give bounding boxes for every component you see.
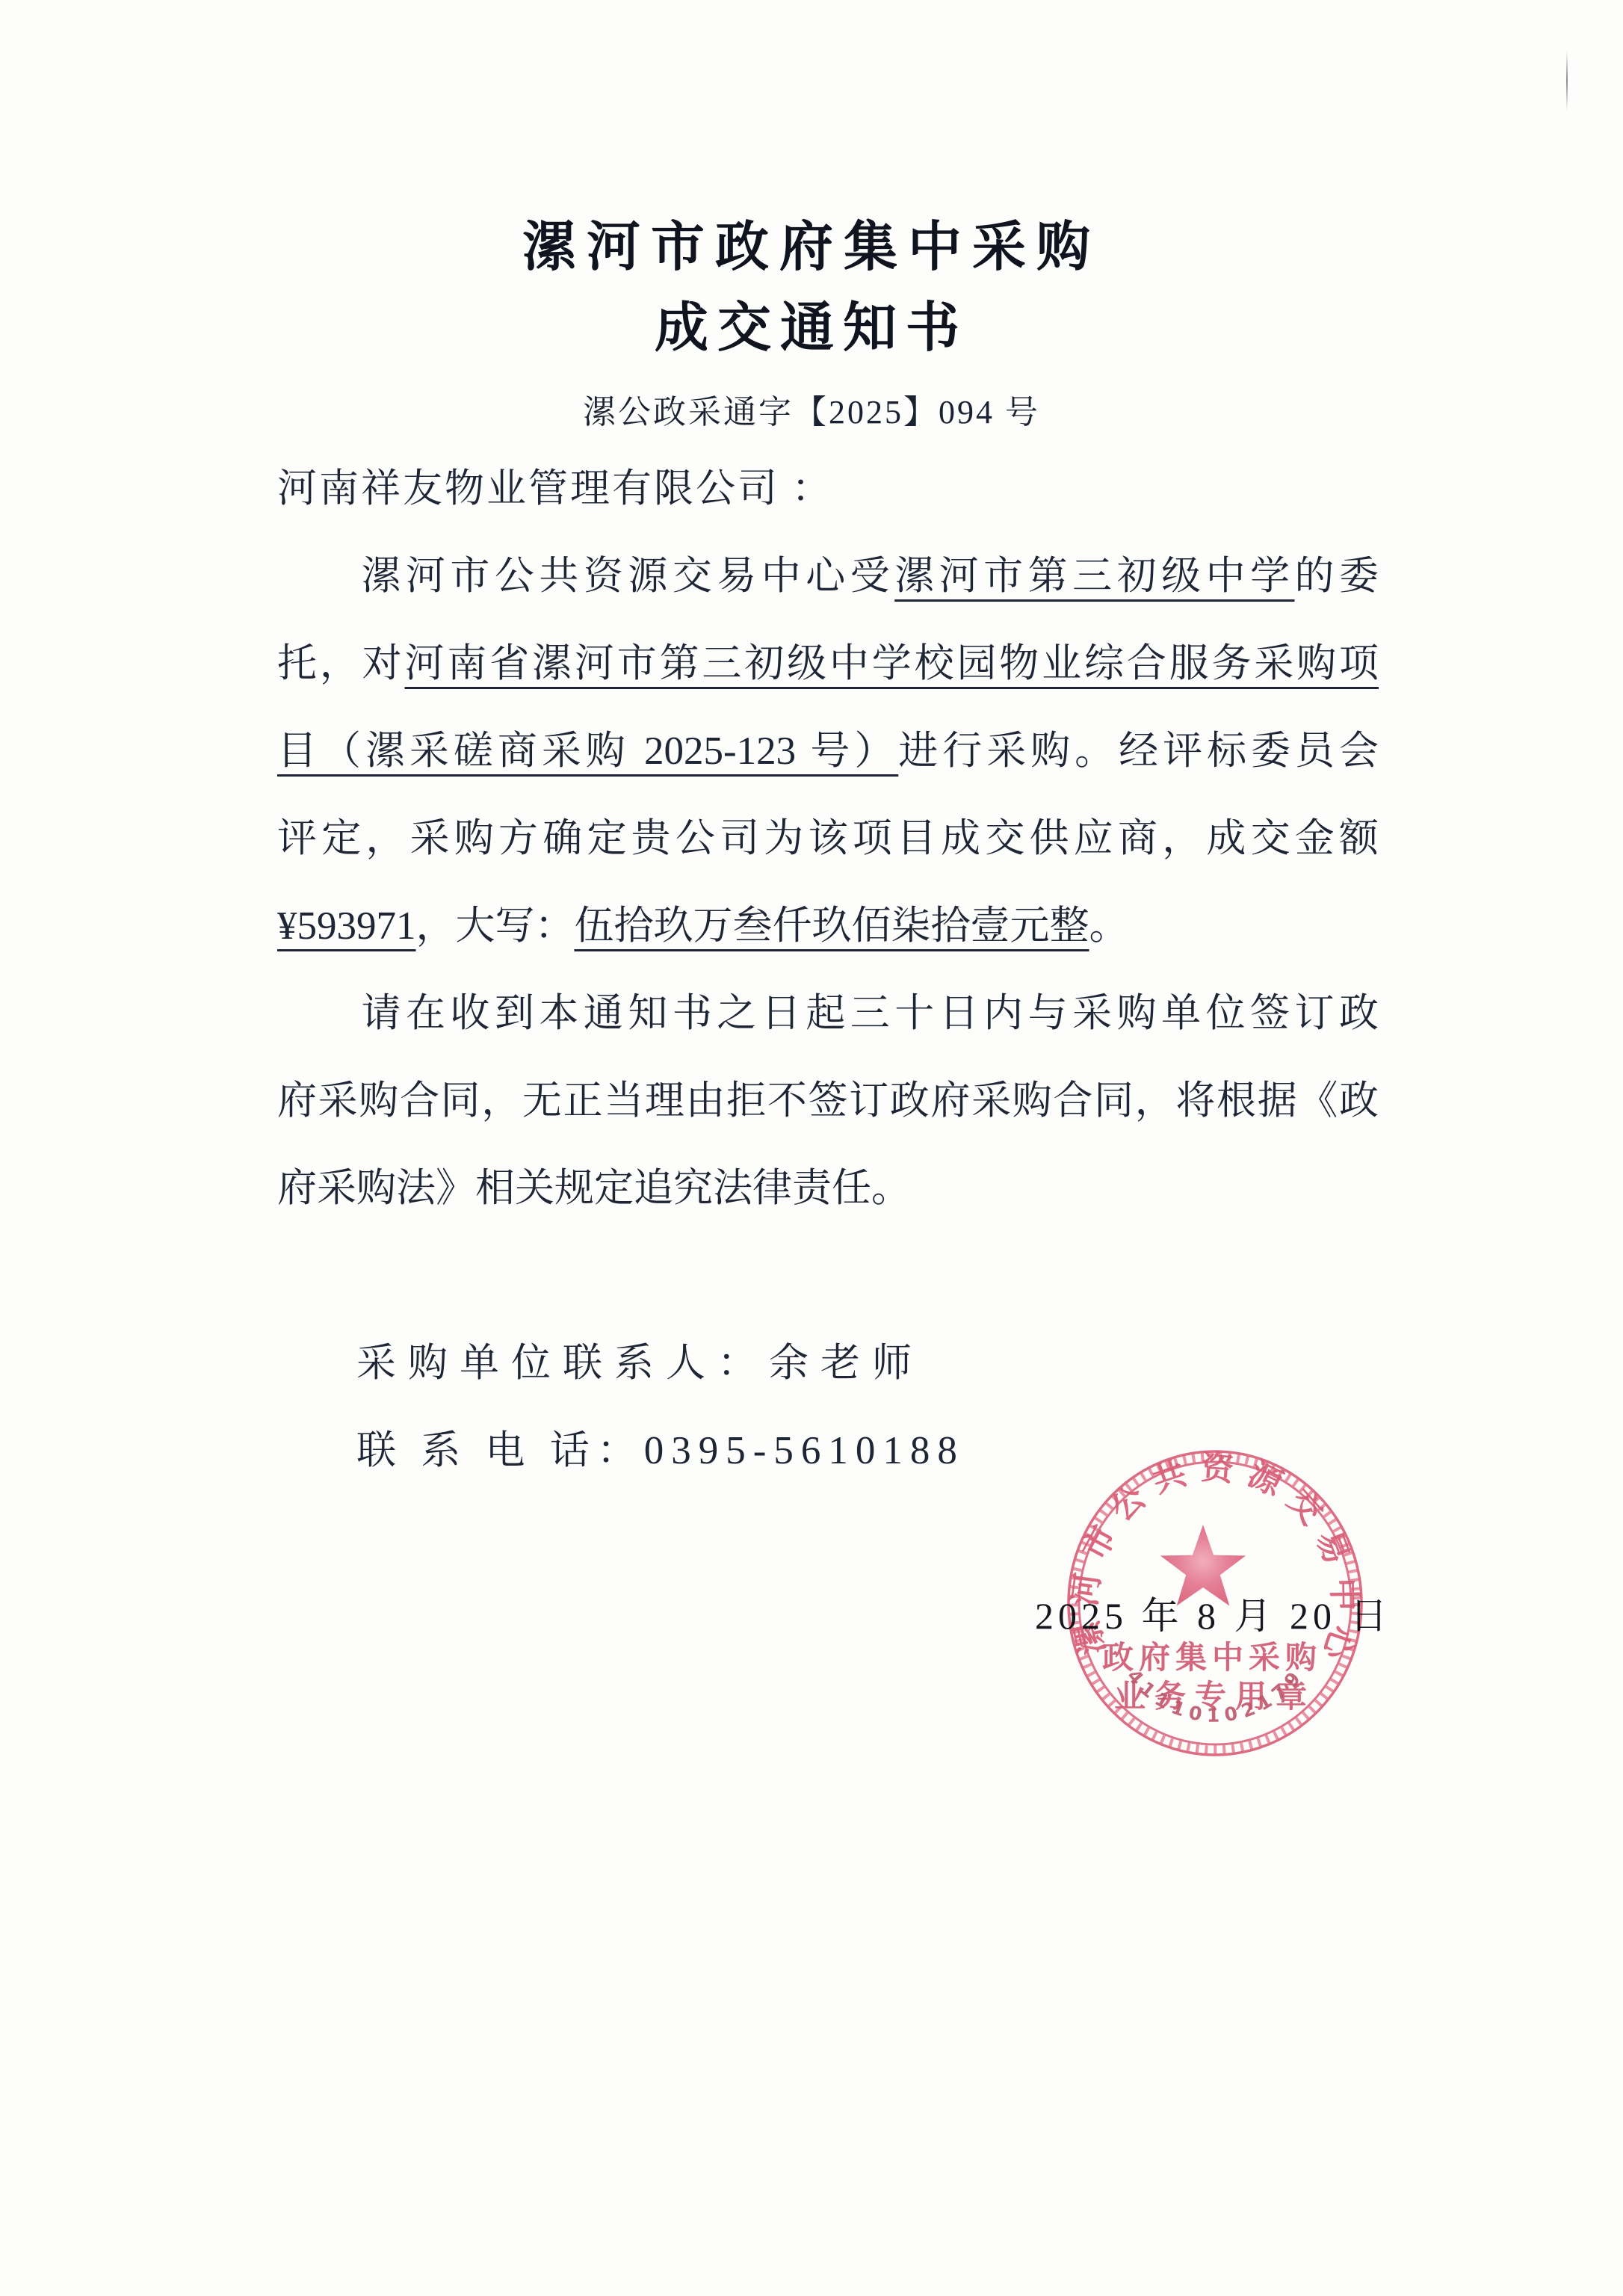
doc-number: 漯公政采通字【2025】094 号 [0,385,1623,433]
text-segment: 托，对 [277,642,405,685]
contact-phone-text: 联 系 电 话：0395-5610188 [356,1429,965,1472]
contact-person-line: 采购单位联系人：余老师 [277,1320,1379,1407]
text-segment: 评定，采购方确定贵公司为该项目成交供应商，成交金额 [277,817,1379,860]
text-segment: 漯河市公共资源交易中心受 [356,555,894,598]
official-seal-stamp: 漯河市公共资源交易中心 政府集中采购 业务专用章 4111010217917 [1052,1444,1378,1762]
blank-line [277,1232,1379,1320]
text-segment: 进行采购。经评标委员会 [898,729,1379,773]
letter-body: 河南祥友物业管理有限公司 ： 漯河市公共资源交易中心受漯河市第三初级中学的委托，… [277,445,1379,1495]
line-indent [277,588,356,589]
body-line: 府采购合同，无正当理由拒不签订政府采购合同，将根据《政 [277,1058,1379,1145]
body-line: 请在收到本通知书之日起三十日内与采购单位签订政 [277,970,1379,1058]
addressee-line: 河南祥友物业管理有限公司 ： [277,445,1379,533]
body-line: 漯河市公共资源交易中心受漯河市第三初级中学的委 [277,533,1379,620]
line-indent [277,1025,356,1026]
text-segment: 府采购合同，无正当理由拒不签订政府采购合同，将根据《政 [277,1079,1379,1123]
body-line: 评定，采购方确定贵公司为该项目成交供应商，成交金额 [277,795,1379,883]
body-line: ¥593971，大写：伍拾玖万叁仟玖佰柒拾壹元整。 [277,883,1379,970]
underlined-text-segment: 漯河市第三初级中学 [894,555,1294,598]
paragraph-award: 漯河市公共资源交易中心受漯河市第三初级中学的委托，对河南省漯河市第三初级中学校园… [277,533,1379,970]
scanned-award-notice-page: 漯河市政府集中采购 成交通知书 漯公政采通字【2025】094 号 河南祥友物业… [0,0,1623,2296]
seal-star-icon [1160,1525,1246,1606]
underlined-text-segment: ¥593971 [277,904,416,948]
underlined-text-segment: 河南省漯河市第三初级中学校园物业综合服务采购项 [405,642,1379,685]
text-segment: ，大写： [416,904,575,948]
scan-artifact-line [1566,51,1568,111]
text-segment: 的委 [1295,555,1379,598]
line-indent [277,1375,356,1376]
line-indent [277,1463,356,1463]
text-segment: 。 [1089,904,1129,948]
page-subtitle: 成交通知书 [0,284,1623,362]
body-line: 托，对河南省漯河市第三初级中学校园物业综合服务采购项 [277,620,1379,708]
underlined-text-segment: 目（漯采磋商采购 2025-123 号） [277,729,898,773]
page-title: 漯河市政府集中采购 [0,203,1623,281]
text-segment: 府采购法》相关规定追究法律责任。 [277,1167,911,1210]
paragraph-contract: 请在收到本通知书之日起三十日内与采购单位签订政府采购合同，无正当理由拒不签订政府… [277,970,1379,1232]
body-line: 目（漯采磋商采购 2025-123 号）进行采购。经评标委员会 [277,708,1379,795]
underlined-text-segment: 伍拾玖万叁仟玖佰柒拾壹元整 [575,904,1089,948]
contact-person-text: 采购单位联系人：余老师 [356,1342,924,1385]
text-segment: 请在收到本通知书之日起三十日内与采购单位签订政 [356,992,1379,1035]
body-line: 府采购法》相关规定追究法律责任。 [277,1145,1379,1232]
